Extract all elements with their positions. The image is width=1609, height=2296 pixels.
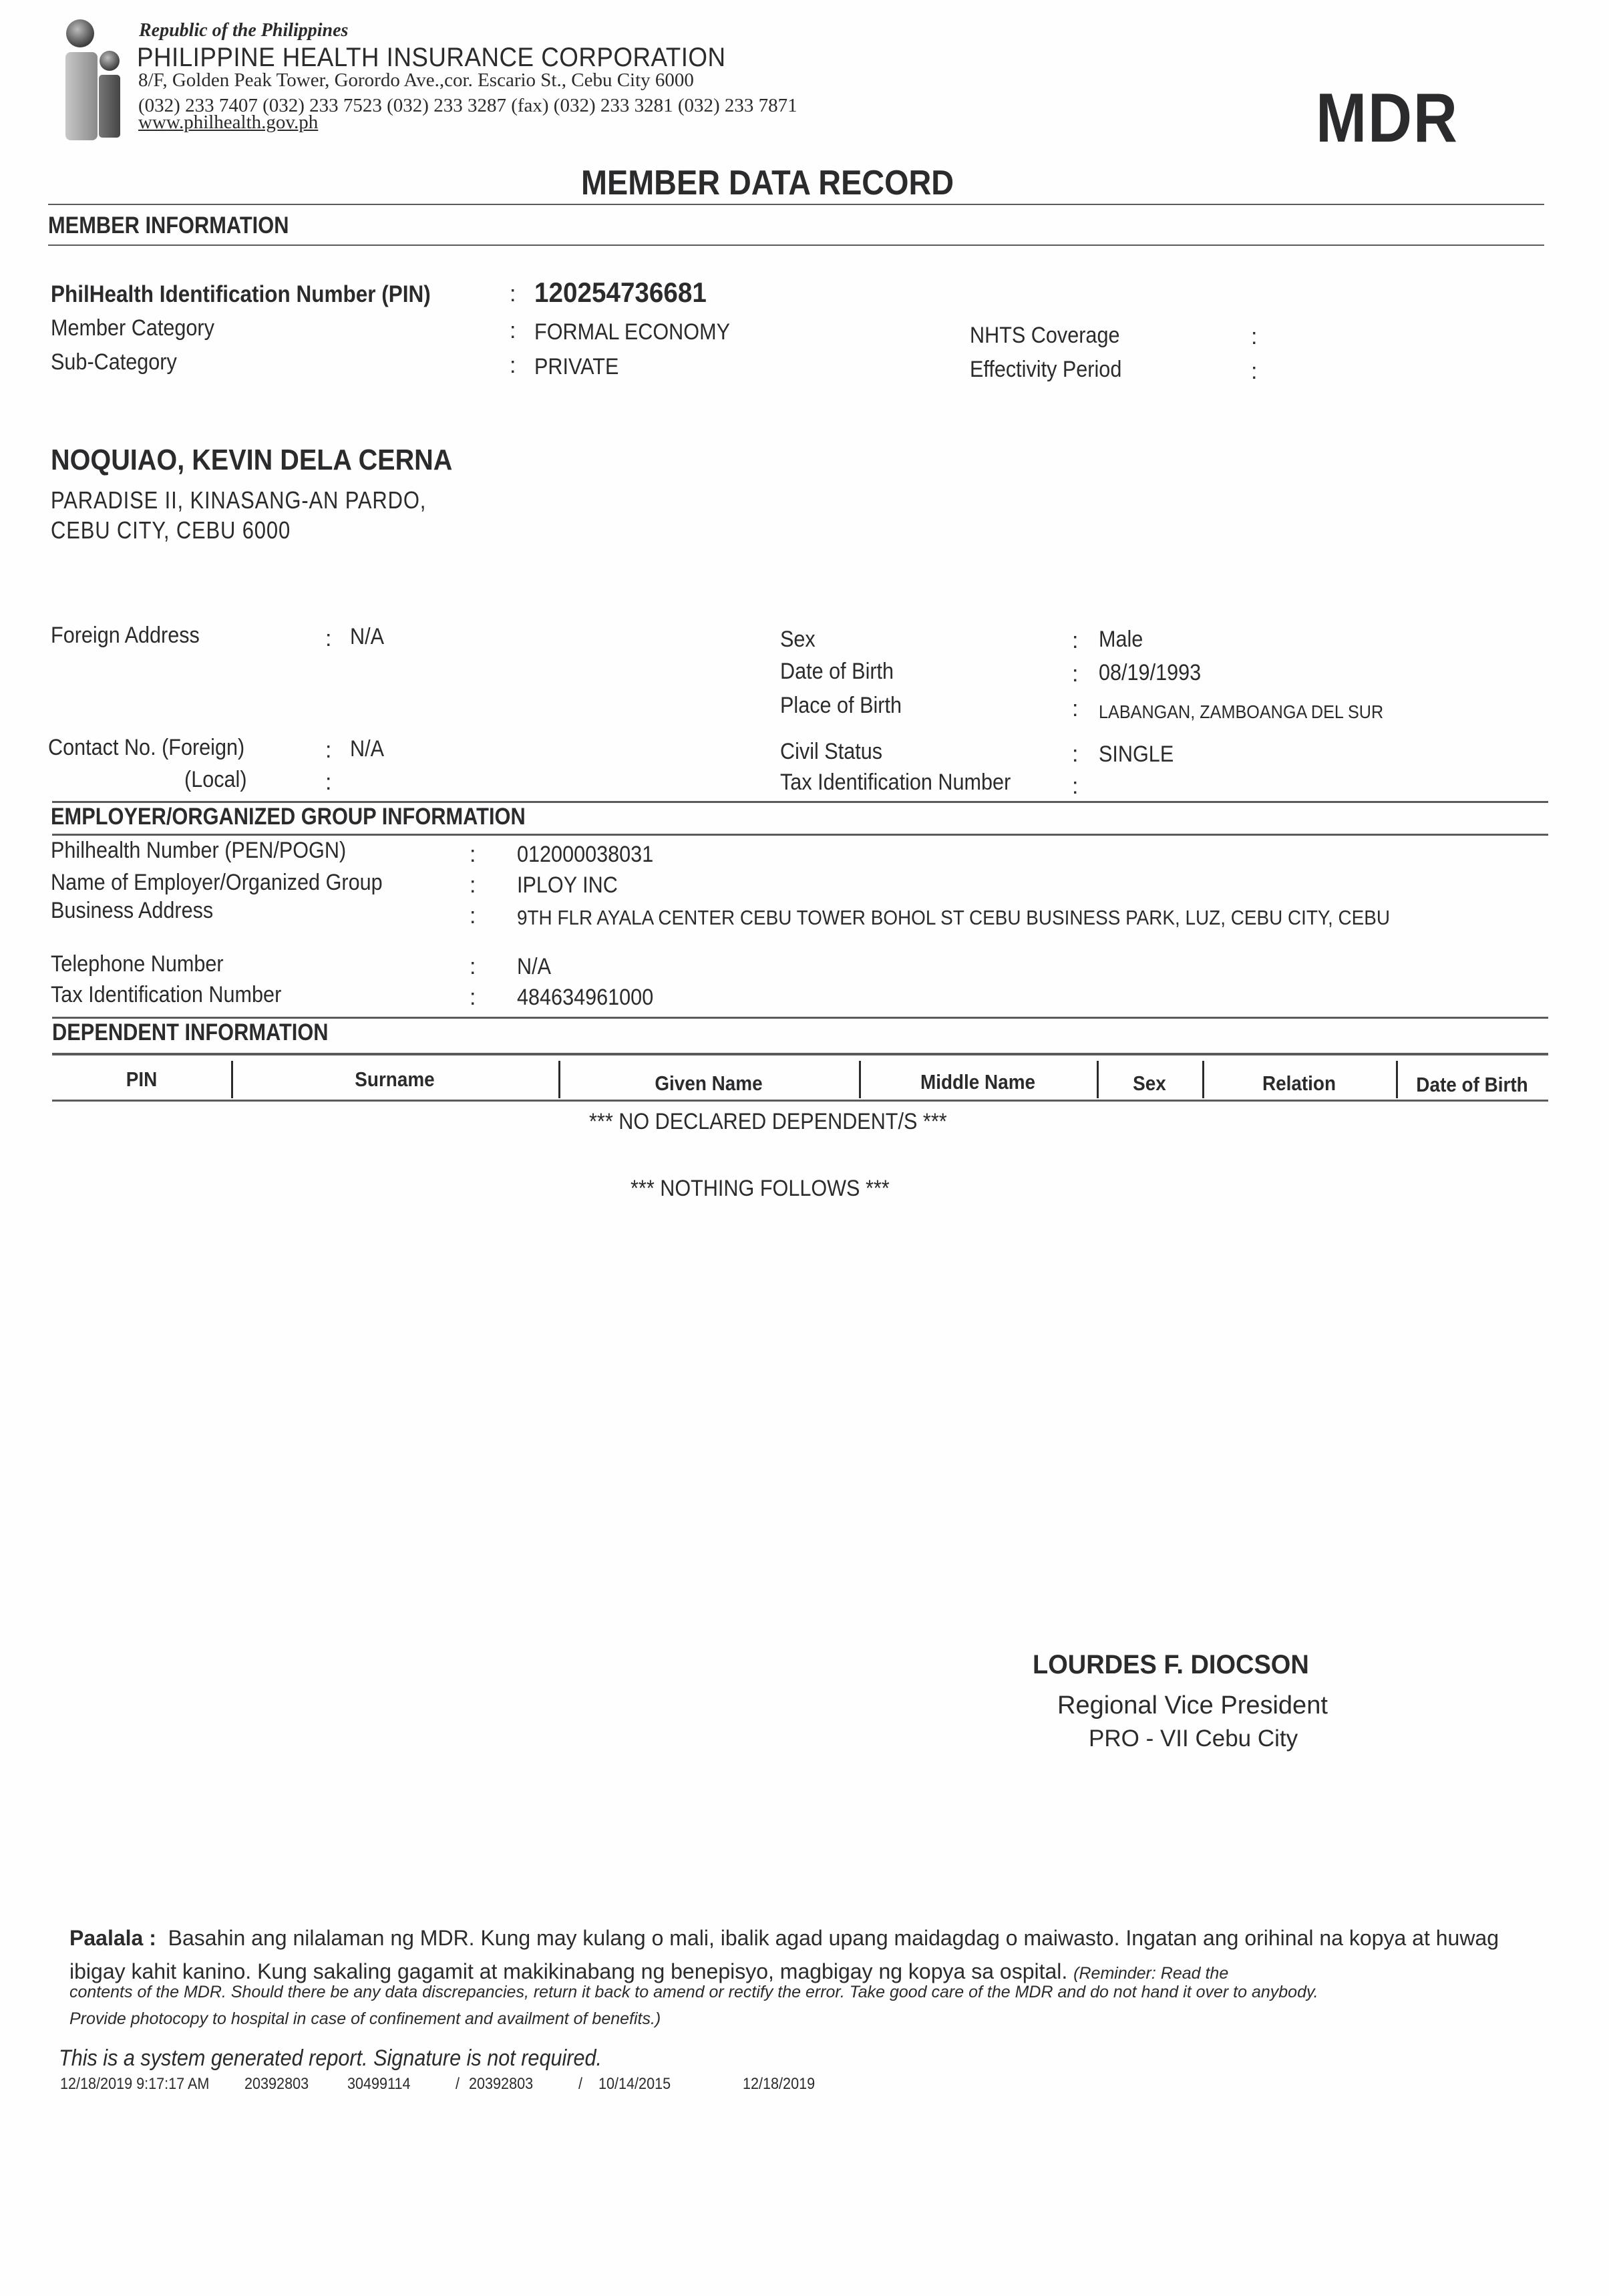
reminder-start: (Reminder: Read the [1073, 1964, 1228, 1983]
document-title: MEMBER DATA RECORD [581, 163, 954, 203]
notice-label: Paalala : [69, 1926, 156, 1950]
colon: : [1072, 742, 1078, 768]
republic-label: Republic of the Philippines [139, 20, 348, 41]
civil-status-label: Civil Status [780, 739, 882, 765]
pen-value: 012000038031 [517, 842, 653, 868]
colon: : [325, 626, 331, 652]
colon: : [325, 770, 331, 796]
place-of-birth-label: Place of Birth [780, 693, 902, 719]
contact-foreign-value: N/A [350, 736, 384, 762]
sub-category-label: Sub-Category [51, 349, 177, 375]
divider [52, 801, 1548, 803]
colon: : [325, 737, 331, 764]
colon: : [1072, 774, 1078, 800]
colon: : [1072, 696, 1078, 722]
corporation-name: PHILIPPINE HEALTH INSURANCE CORPORATION [137, 43, 726, 73]
sub-category-value: PRIVATE [534, 354, 618, 380]
colon: : [470, 842, 476, 868]
signatory-office: PRO - VII Cebu City [1089, 1726, 1298, 1752]
place-of-birth-value: LABANGAN, ZAMBOANGA DEL SUR [1099, 701, 1383, 723]
section-title-dependents: DEPENDENT INFORMATION [52, 1019, 329, 1046]
colon: : [1072, 628, 1078, 654]
sex-label: Sex [780, 627, 816, 653]
column-header-sex: Sex [1102, 1072, 1197, 1096]
contact-foreign-label: Contact No. (Foreign) [48, 735, 244, 761]
colon: : [470, 872, 476, 898]
signatory-title: Regional Vice President [1057, 1691, 1328, 1720]
member-address-line1: PARADISE II, KINASANG-AN PARDO, [51, 486, 426, 514]
column-header-relation: Relation [1212, 1072, 1387, 1096]
colon: : [1251, 359, 1257, 385]
foreign-address-label: Foreign Address [51, 623, 200, 649]
reminder-line2: contents of the MDR. Should there be any… [69, 1983, 1318, 2002]
column-separator [231, 1061, 233, 1098]
system-generated-note: This is a system generated report. Signa… [59, 2045, 602, 2072]
employer-tin-value: 484634961000 [517, 985, 653, 1011]
column-header-given-name: Given Name [574, 1072, 844, 1096]
date-of-birth-value: 08/19/1993 [1099, 660, 1201, 686]
member-category-value: FORMAL ECONOMY [534, 319, 730, 345]
table-header-bottom-rule [52, 1100, 1548, 1102]
divider [48, 244, 1544, 246]
footer-code-3: 20392803 [469, 2075, 533, 2094]
column-separator [1202, 1061, 1204, 1098]
colon: : [1072, 661, 1078, 687]
footer-date-1: 10/14/2015 [598, 2075, 671, 2094]
member-category-label: Member Category [51, 315, 214, 341]
pin-label: PhilHealth Identification Number (PIN) [51, 281, 431, 308]
footer-date-2: 12/18/2019 [743, 2075, 815, 2094]
employer-name-value: IPLOY INC [517, 872, 618, 898]
section-title-member: MEMBER INFORMATION [48, 212, 289, 239]
colon: : [1251, 324, 1257, 350]
reminder-line3: Provide photocopy to hospital in case of… [69, 2009, 661, 2029]
telephone-label: Telephone Number [51, 951, 224, 977]
column-header-surname: Surname [248, 1068, 542, 1092]
business-address-label: Business Address [51, 898, 213, 924]
document-code: MDR [1316, 79, 1459, 158]
column-separator [1396, 1061, 1398, 1098]
paalala-notice: Paalala : Basahin ang nilalaman ng MDR. … [69, 1921, 1526, 1990]
column-separator [558, 1061, 560, 1098]
column-header-date-of-birth: Date of Birth [1406, 1073, 1538, 1097]
column-separator [1097, 1061, 1099, 1098]
corporation-address: 8/F, Golden Peak Tower, Gorordo Ave.,cor… [138, 69, 694, 92]
telephone-value: N/A [517, 954, 551, 980]
colon: : [470, 985, 476, 1011]
column-separator [859, 1061, 861, 1098]
pin-value: 120254736681 [534, 277, 707, 309]
section-title-employer: EMPLOYER/ORGANIZED GROUP INFORMATION [51, 804, 526, 830]
website-link[interactable]: www.philhealth.gov.ph [138, 112, 318, 134]
nothing-follows-note: *** NOTHING FOLLOWS *** [631, 1176, 890, 1202]
no-dependents-note: *** NO DECLARED DEPENDENT/S *** [589, 1109, 947, 1135]
date-of-birth-label: Date of Birth [780, 659, 894, 685]
divider [52, 834, 1548, 836]
colon: : [470, 903, 476, 929]
divider [52, 1017, 1548, 1019]
footer-code-2: 30499114 [347, 2075, 411, 2094]
generated-timestamp: 12/18/2019 9:17:17 AM [60, 2075, 209, 2094]
contact-local-label: (Local) [184, 767, 247, 793]
pen-label: Philhealth Number (PEN/POGN) [51, 838, 346, 864]
member-tin-label: Tax Identification Number [780, 770, 1011, 796]
civil-status-value: SINGLE [1099, 742, 1174, 768]
nhts-coverage-label: NHTS Coverage [970, 323, 1119, 349]
table-header-top-rule [52, 1053, 1548, 1055]
colon: : [510, 281, 516, 307]
footer-separator: / [578, 2075, 582, 2094]
philhealth-logo-icon [59, 19, 132, 146]
sex-value: Male [1099, 627, 1143, 653]
notice-text: Basahin ang nilalaman ng MDR. Kung may k… [69, 1926, 1499, 1983]
effectivity-period-label: Effectivity Period [970, 357, 1121, 383]
member-name: NOQUIAO, KEVIN DELA CERNA [51, 444, 452, 477]
footer-separator: / [456, 2075, 460, 2094]
foreign-address-value: N/A [350, 624, 384, 650]
colon: : [470, 954, 476, 980]
employer-name-label: Name of Employer/Organized Group [51, 870, 383, 896]
footer-code-1: 20392803 [244, 2075, 309, 2094]
employer-tin-label: Tax Identification Number [51, 982, 281, 1008]
column-header-pin: PIN [61, 1068, 222, 1092]
member-address-line2: CEBU CITY, CEBU 6000 [51, 516, 291, 544]
signatory-name: LOURDES F. DIOCSON [1033, 1650, 1309, 1680]
business-address-value: 9TH FLR AYALA CENTER CEBU TOWER BOHOL ST… [517, 906, 1390, 930]
colon: : [510, 318, 516, 344]
colon: : [510, 353, 516, 379]
column-header-middle-name: Middle Name [871, 1070, 1085, 1094]
divider [48, 204, 1544, 205]
